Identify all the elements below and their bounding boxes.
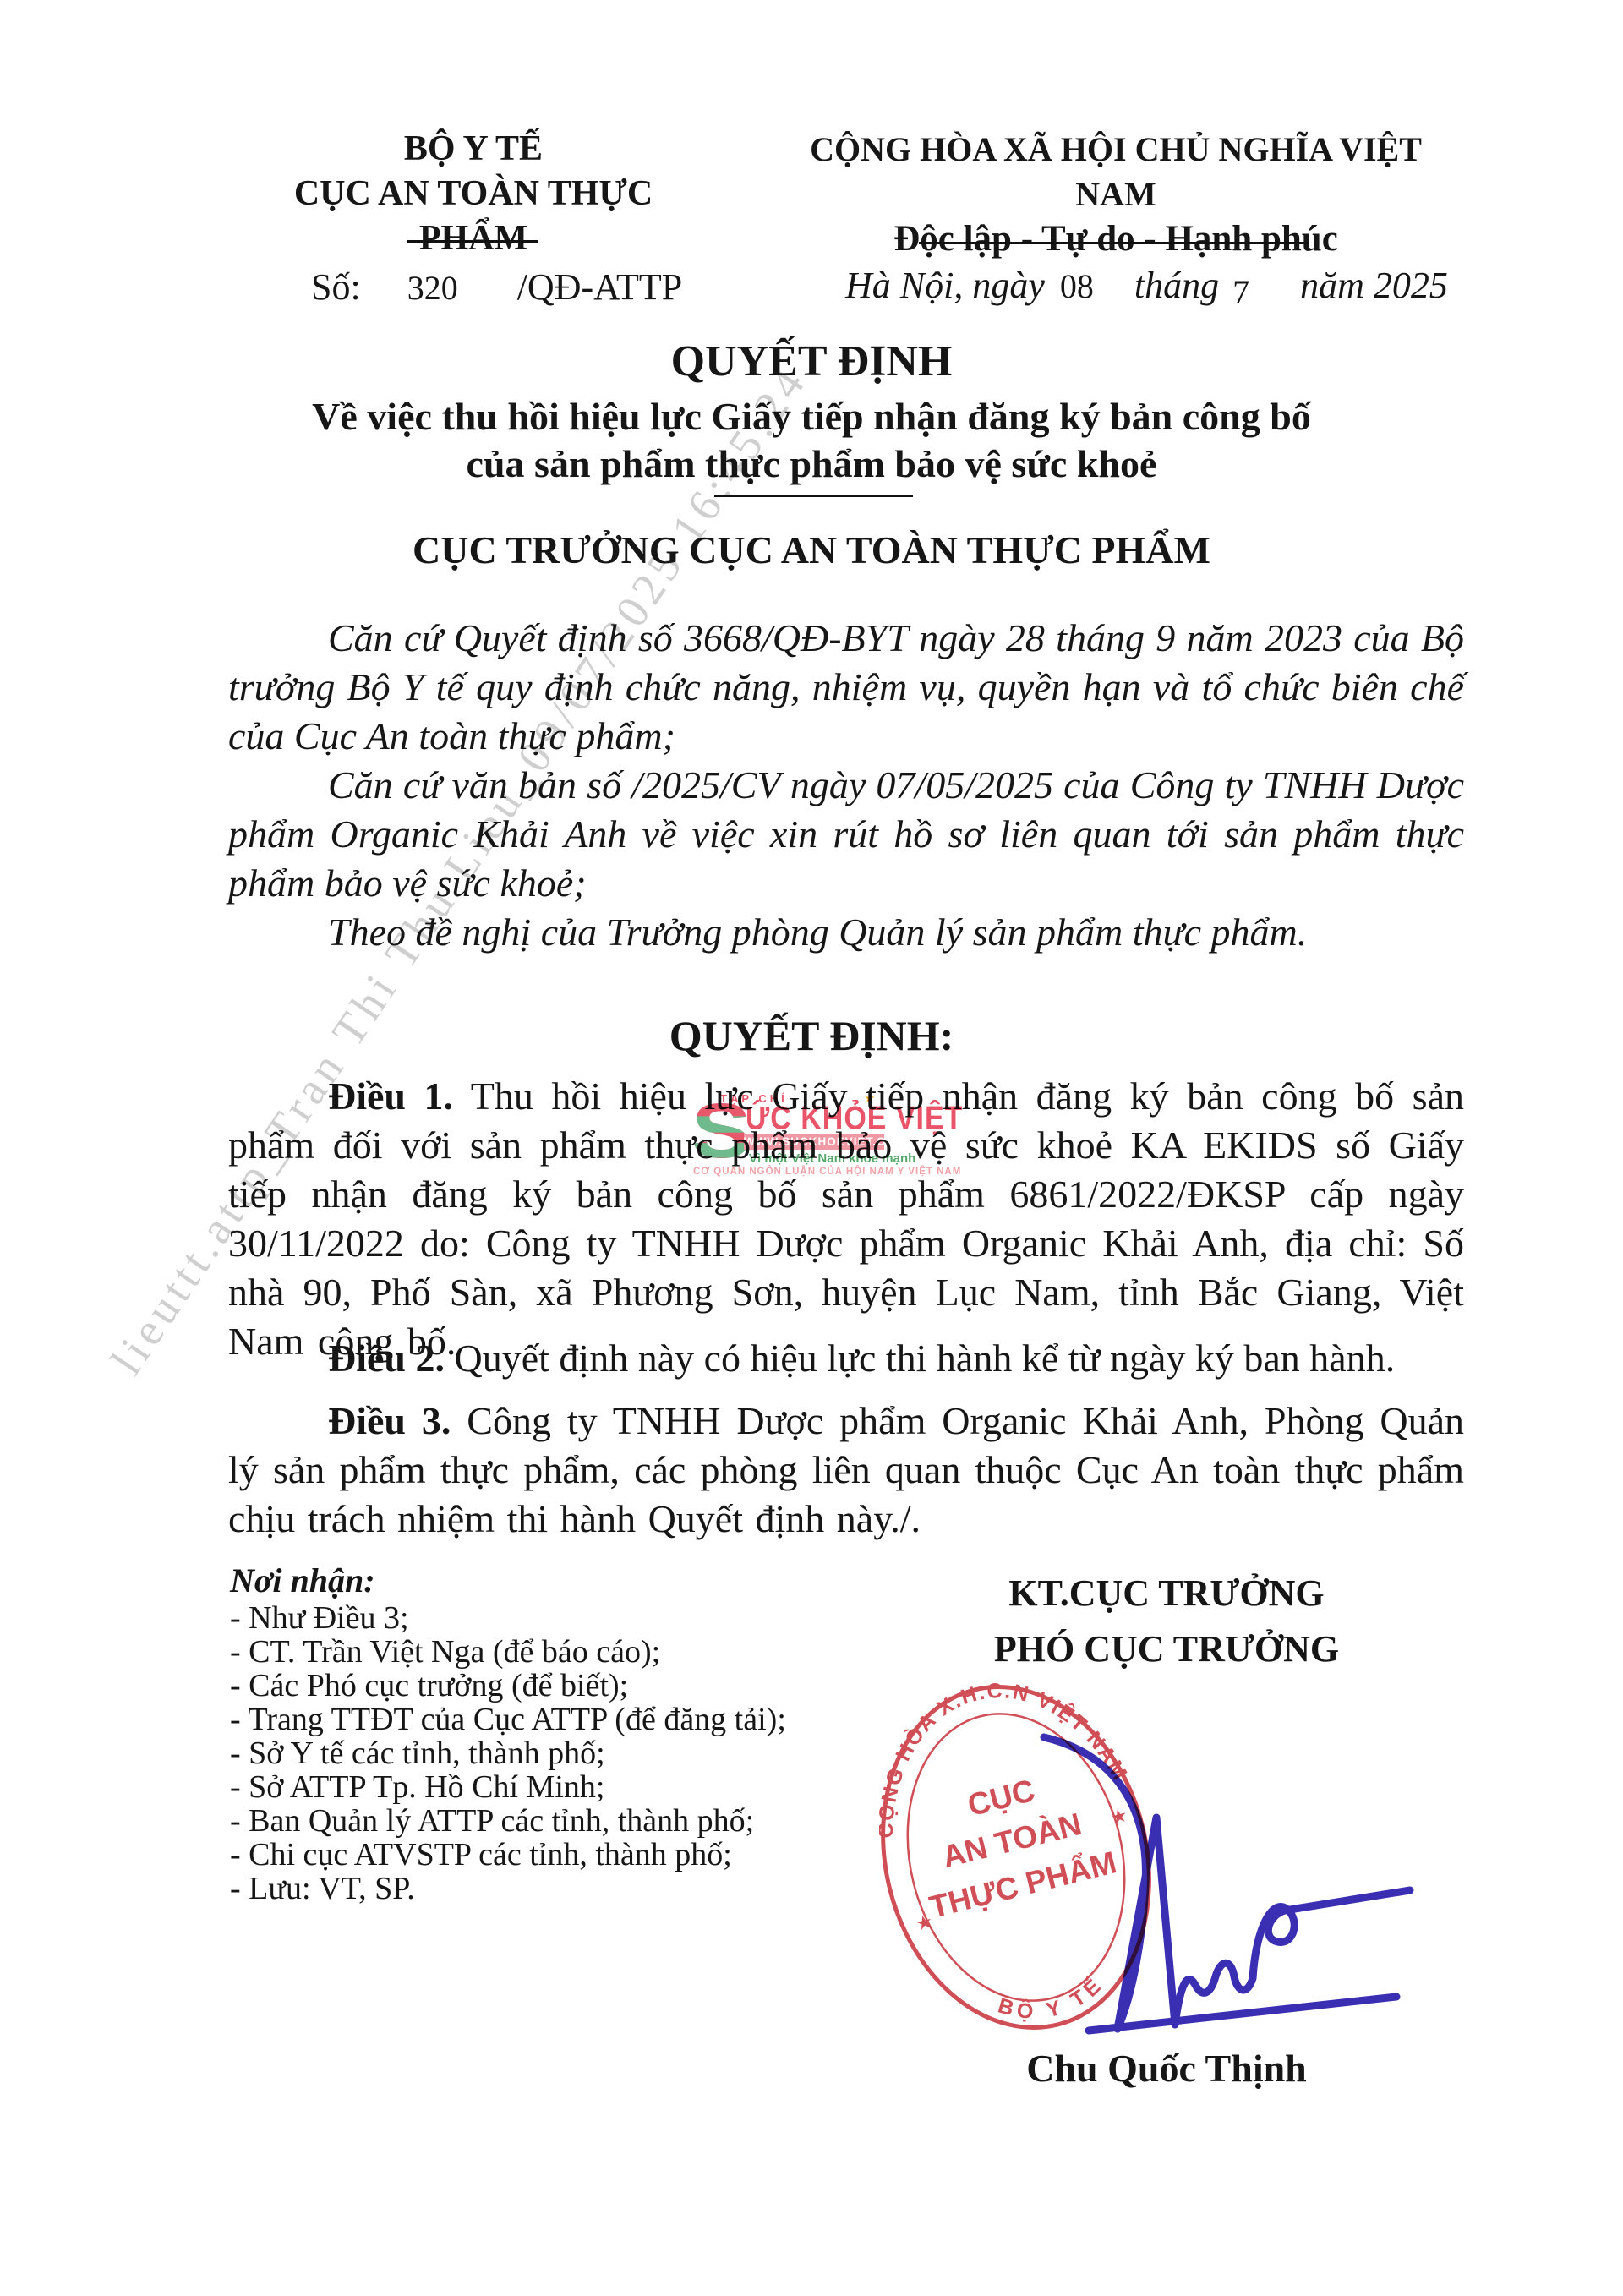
signer-title-line1: KT.CỤC TRƯỞNG — [955, 1566, 1378, 1621]
date-year: năm 2025 — [1300, 265, 1448, 306]
recipient-item: - Lưu: VT, SP. — [230, 1872, 855, 1905]
document-number-suffix: /QĐ-ATTP — [517, 266, 683, 308]
document-subtitle-line1: Về việc thu hồi hiệu lực Giấy tiếp nhận … — [0, 394, 1623, 439]
preamble-paragraph-1: Căn cứ Quyết định số 3668/QĐ-BYT ngày 28… — [228, 614, 1464, 761]
agency-name: CỤC AN TOÀN THỰC PHẨM — [237, 172, 710, 261]
article-3: Điều 3. Công ty TNHH Dược phẩm Organic K… — [228, 1397, 1464, 1544]
title-underline — [714, 495, 913, 497]
recipients-label: Nơi nhận: — [230, 1561, 375, 1600]
signature-stroke — [1044, 1737, 1145, 2029]
document-number: 320 — [407, 269, 458, 307]
logo-caption: CƠ QUAN NGÔN LUẬN CỦA HỘI NAM Y VIỆT NAM — [693, 1167, 961, 1177]
date-month-label: tháng — [1134, 265, 1219, 306]
agency-underline — [407, 240, 538, 243]
article-2-text: Quyết định này có hiệu lực thi hành kể t… — [445, 1337, 1395, 1380]
signature-stroke — [1089, 1997, 1396, 2031]
article-1-label: Điều 1. — [328, 1074, 453, 1118]
recipient-item: - Như Điều 3; — [230, 1601, 855, 1635]
decision-heading: QUYẾT ĐỊNH: — [0, 1011, 1623, 1060]
logo-slogan: Vì một Việt Nam khỏe mạnh — [749, 1151, 915, 1166]
ministry-name: BỘ Y TẾ — [237, 127, 710, 172]
recipient-item: - Các Phó cục trưởng (để biết); — [230, 1669, 855, 1703]
logo-star-icon: ★ — [864, 1091, 875, 1106]
place-date-line: Hà Nội, ngày08tháng7năm 2025 — [845, 264, 1448, 307]
recipient-item: - Ban Quản lý ATTP các tỉnh, thành phố; — [230, 1804, 855, 1838]
article-3-label: Điều 3. — [328, 1399, 451, 1442]
signature-stroke — [1253, 1890, 1410, 1978]
signer-name: Chu Quốc Thịnh — [955, 2046, 1378, 2091]
preamble-paragraph-2: Căn cứ văn bản số /2025/CV ngày 07/05/20… — [228, 761, 1464, 908]
recipients-list: - Như Điều 3; - CT. Trần Việt Nga (để bá… — [230, 1601, 855, 1905]
article-2-label: Điều 2. — [328, 1337, 445, 1380]
date-month: 7 — [1232, 273, 1249, 311]
document-page: lieuttt.attp_Tran Thi Thu Lieu_09/07/202… — [0, 0, 1623, 2296]
motto-underline — [919, 242, 1309, 244]
recipient-item: - CT. Trần Việt Nga (để báo cáo); — [230, 1635, 855, 1669]
recipient-item: - Chi cục ATVSTP các tỉnh, thành phố; — [230, 1838, 855, 1872]
logo-website: WWW.SUCKHOEVIET.ORG.VN — [744, 1134, 884, 1150]
preamble-paragraph-3: Theo đề nghị của Trưởng phòng Quản lý sả… — [228, 908, 1464, 957]
handwritten-signature — [1006, 1716, 1445, 2054]
authority-heading: CỤC TRƯỞNG CỤC AN TOÀN THỰC PHẨM — [0, 528, 1623, 572]
number-label: Số: — [311, 266, 361, 308]
logo-s-icon: S S S — [691, 1094, 752, 1168]
recipient-item: - Sở Y tế các tỉnh, thành phố; — [230, 1736, 855, 1770]
document-subtitle-line2: của sản phẩm thực phẩm bảo vệ sức khoẻ — [0, 441, 1623, 486]
national-motto-line2: Độc lập - Tự do - Hạnh phúc — [795, 216, 1437, 261]
date-day: 08 — [1060, 267, 1094, 305]
logo-wordmark: ỨC KHỎE VIỆT — [746, 1100, 963, 1138]
signer-title-line2: PHÓ CỤC TRƯỞNG — [955, 1621, 1378, 1677]
recipient-item: - Trang TTĐT của Cục ATTP (để đăng tải); — [230, 1703, 855, 1736]
article-2: Điều 2. Quyết định này có hiệu lực thi h… — [228, 1334, 1464, 1383]
signer-title-block: KT.CỤC TRƯỞNG PHÓ CỤC TRƯỞNG — [955, 1566, 1378, 1677]
signature-stroke — [1118, 1818, 1253, 2029]
document-number-line: Số:320/QĐ-ATTP — [311, 265, 682, 309]
national-motto-line1: CỘNG HÒA XÃ HỘI CHỦ NGHĨA VIỆT NAM — [795, 127, 1437, 216]
recipient-item: - Sở ATTP Tp. Hồ Chí Minh; — [230, 1770, 855, 1804]
date-prefix: Hà Nội, ngày — [845, 265, 1045, 306]
suckhoeviet-logo: S S S TẠP CHÍ ỨC KHỎE VIỆT ★ WWW.SUCKHOE… — [691, 1092, 894, 1178]
document-title: QUYẾT ĐỊNH — [0, 336, 1623, 386]
